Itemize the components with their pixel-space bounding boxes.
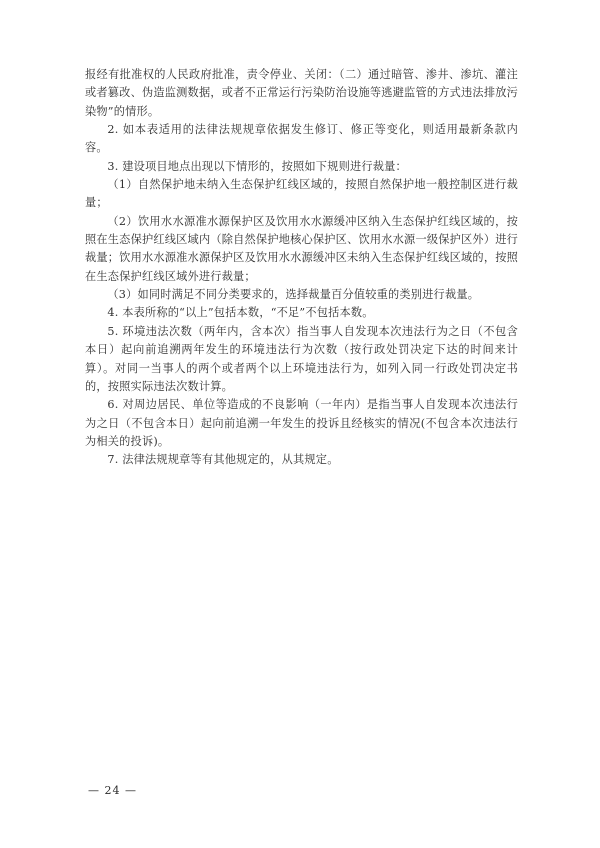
paragraph-note-6: 6. 对周边居民、单位等造成的不良影响（一年内）是指当事人自发现本次违法行为之日… <box>85 396 518 451</box>
paragraph-continuation: 报经有批准权的人民政府批准，责令停业、关闭：（二）通过暗管、渗井、渗坑、灌注或者… <box>85 66 518 121</box>
paragraph-note-5: 5. 环境违法次数（两年内，含本次）指当事人自发现本次违法行为之日（不包含本日）… <box>85 323 518 396</box>
paragraph-note-3-item-3: （3）如同时满足不同分类要求的，选择裁量百分值较重的类别进行裁量。 <box>85 286 518 304</box>
paragraph-note-4: 4. 本表所称的“以上”包括本数，“不足”不包括本数。 <box>85 304 518 322</box>
paragraph-note-2: 2. 如本表适用的法律法规规章依据发生修订、修正等变化，则适用最新条款内容。 <box>85 121 518 158</box>
paragraph-note-3-item-2: （2）饮用水水源准水源保护区及饮用水水源缓冲区纳入生态保护红线区域的，按照在生态… <box>85 213 518 286</box>
paragraph-note-3: 3. 建设项目地点出现以下情形的，按照如下规则进行裁量： <box>85 158 518 176</box>
document-body: 报经有批准权的人民政府批准，责令停业、关闭：（二）通过暗管、渗井、渗坑、灌注或者… <box>85 66 518 470</box>
page-number: — 24 — <box>88 784 137 797</box>
paragraph-note-7: 7. 法律法规规章等有其他规定的，从其规定。 <box>85 451 518 469</box>
paragraph-note-3-item-1: （1）自然保护地未纳入生态保护红线区域的，按照自然保护地一般控制区进行裁量； <box>85 176 518 213</box>
document-page: 报经有批准权的人民政府批准，责令停业、关闭：（二）通过暗管、渗井、渗坑、灌注或者… <box>0 0 600 848</box>
